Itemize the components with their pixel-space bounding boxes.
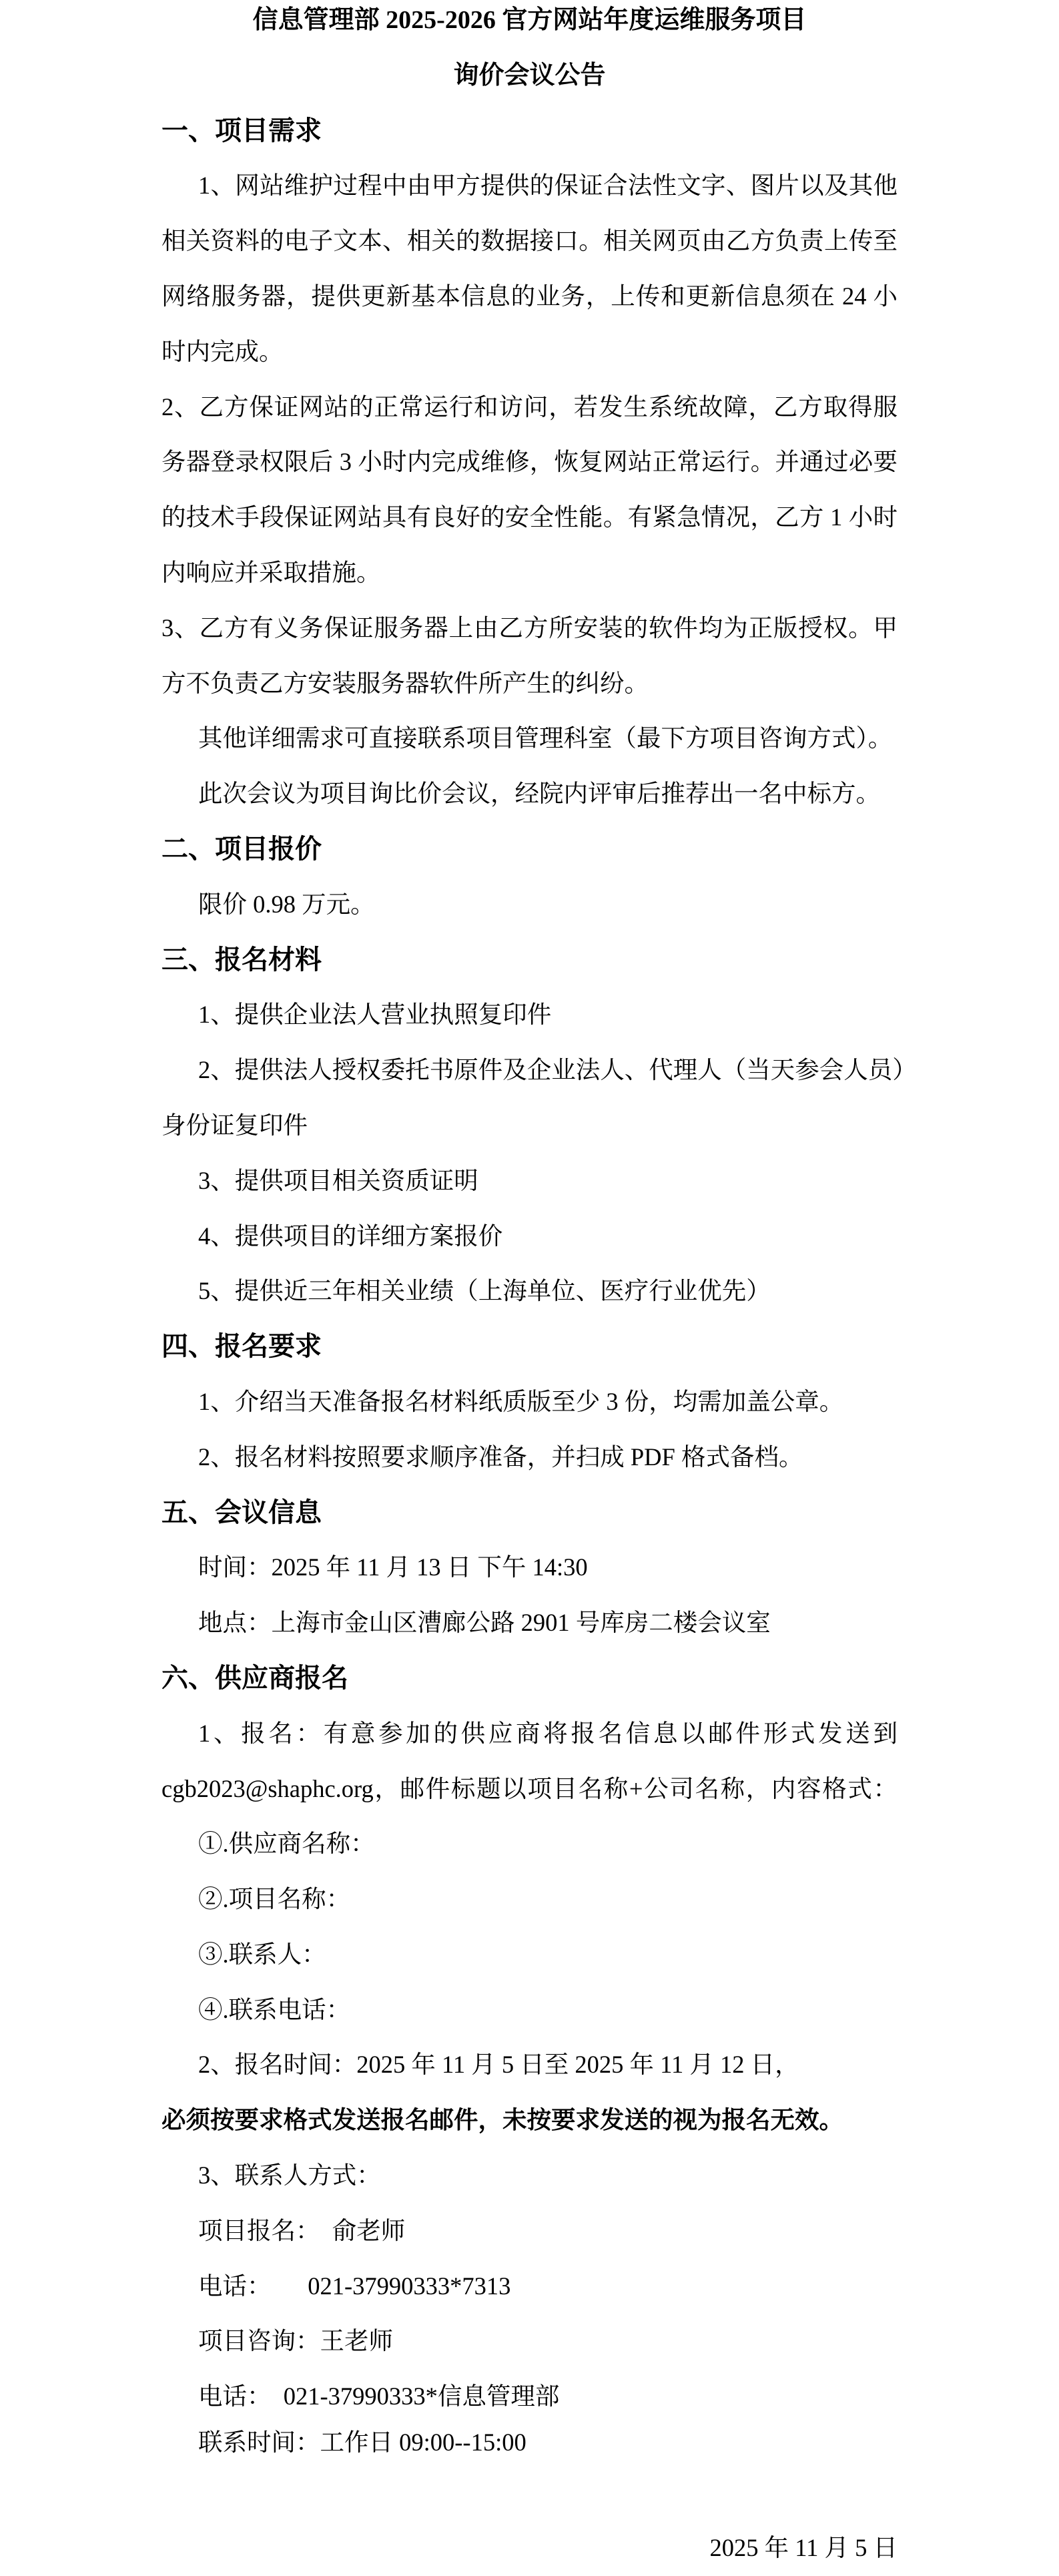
contact-signup-name-line: 项目报名： 俞老师 xyxy=(161,2204,898,2259)
section-heading-6: 六、供应商报名 xyxy=(161,1651,898,1706)
title-line-1: 信息管理部 2025-2026 官方网站年度运维服务项目 xyxy=(161,0,898,48)
format-item-3: ③.联系人： xyxy=(161,1927,898,1983)
contact-signup-phone-line: 电话： 021-37990333*7313 xyxy=(161,2259,898,2314)
material-item-3: 3、提供项目相关资质证明 xyxy=(161,1153,898,1209)
title-line-2: 询价会议公告 xyxy=(161,48,898,103)
meeting-time-line: 时间：2025 年 11 月 13 日 下午 14:30 xyxy=(161,1540,898,1595)
requirement-item-1: 1、介绍当天准备报名材料纸质版至少 3 份，均需加盖公章。 xyxy=(161,1374,898,1430)
signup-email-line: cgb2023@shaphc.org，邮件标题以项目名称+公司名称，内容格式： xyxy=(161,1762,898,1817)
section-heading-5: 五、会议信息 xyxy=(161,1485,898,1541)
para-2-line-4: 内响应并采取措施。 xyxy=(161,545,898,601)
contact-heading-line: 3、联系人方式： xyxy=(161,2148,898,2204)
para-2-line-1: 2、乙方保证网站的正常运行和访问，若发生系统故障，乙方取得服 xyxy=(161,380,898,435)
material-item-4: 4、提供项目的详细方案报价 xyxy=(161,1209,898,1264)
section-heading-4: 四、报名要求 xyxy=(161,1319,898,1374)
para-1-line-1: 1、网站维护过程中由甲方提供的保证合法性文字、图片以及其他 xyxy=(161,158,898,214)
signup-para-line-1: 1、报名：有意参加的供应商将报名信息以邮件形式发送到 xyxy=(161,1706,898,1762)
material-item-1: 1、提供企业法人营业执照复印件 xyxy=(161,987,898,1043)
document-page: 信息管理部 2025-2026 官方网站年度运维服务项目 询价会议公告 一、项目… xyxy=(161,0,898,2576)
signup-warning-line: 必须按要求格式发送报名邮件，未按要求发送的视为报名无效。 xyxy=(161,2093,898,2148)
requirement-item-2: 2、报名材料按照要求顺序准备，并扫成 PDF 格式备档。 xyxy=(161,1430,898,1485)
material-item-2-line-1: 2、提供法人授权委托书原件及企业法人、代理人（当天参会人员） xyxy=(161,1043,898,1098)
para-3-line-1: 3、乙方有义务保证服务器上由乙方所安装的软件均为正版授权。甲 xyxy=(161,601,898,656)
price-limit-line: 限价 0.98 万元。 xyxy=(161,877,898,933)
meeting-place-line: 地点：上海市金山区漕廊公路 2901 号库房二楼会议室 xyxy=(161,1595,898,1651)
document-date-line: 2025 年 11 月 5 日 xyxy=(161,2521,898,2576)
para-1-line-3: 网络服务器，提供更新基本信息的业务，上传和更新信息须在 24 小 xyxy=(161,269,898,324)
section-heading-3: 三、报名材料 xyxy=(161,933,898,988)
para-2-line-2: 务器登录权限后 3 小时内完成维修，恢复网站正常运行。并通过必要 xyxy=(161,435,898,490)
para-1-line-4: 时内完成。 xyxy=(161,324,898,380)
signup-time-line: 2、报名时间：2025 年 11 月 5 日至 2025 年 11 月 12 日… xyxy=(161,2037,898,2093)
material-item-5: 5、提供近三年相关业绩（上海单位、医疗行业优先） xyxy=(161,1264,898,1319)
other-needs-note-line: 其他详细需求可直接联系项目管理科室（最下方项目咨询方式）。 xyxy=(161,711,898,766)
contact-consult-name-line: 项目咨询：王老师 xyxy=(161,2314,898,2369)
para-1-line-2: 相关资料的电子文本、相关的数据接口。相关网页由乙方负责上传至 xyxy=(161,214,898,269)
section-heading-2: 二、项目报价 xyxy=(161,822,898,877)
format-item-1: ①.供应商名称： xyxy=(161,1816,898,1872)
format-item-4: ④.联系电话： xyxy=(161,1983,898,2038)
meeting-type-note-line: 此次会议为项目询比价会议，经院内评审后推荐出一名中标方。 xyxy=(161,766,898,822)
section-heading-1: 一、项目需求 xyxy=(161,103,898,159)
para-2-line-3: 的技术手段保证网站具有良好的安全性能。有紧急情况，乙方 1 小时 xyxy=(161,490,898,545)
para-3-line-2: 方不负责乙方安装服务器软件所产生的纠纷。 xyxy=(161,656,898,712)
material-item-2-line-2: 身份证复印件 xyxy=(161,1098,898,1153)
format-item-2: ②.项目名称： xyxy=(161,1872,898,1927)
